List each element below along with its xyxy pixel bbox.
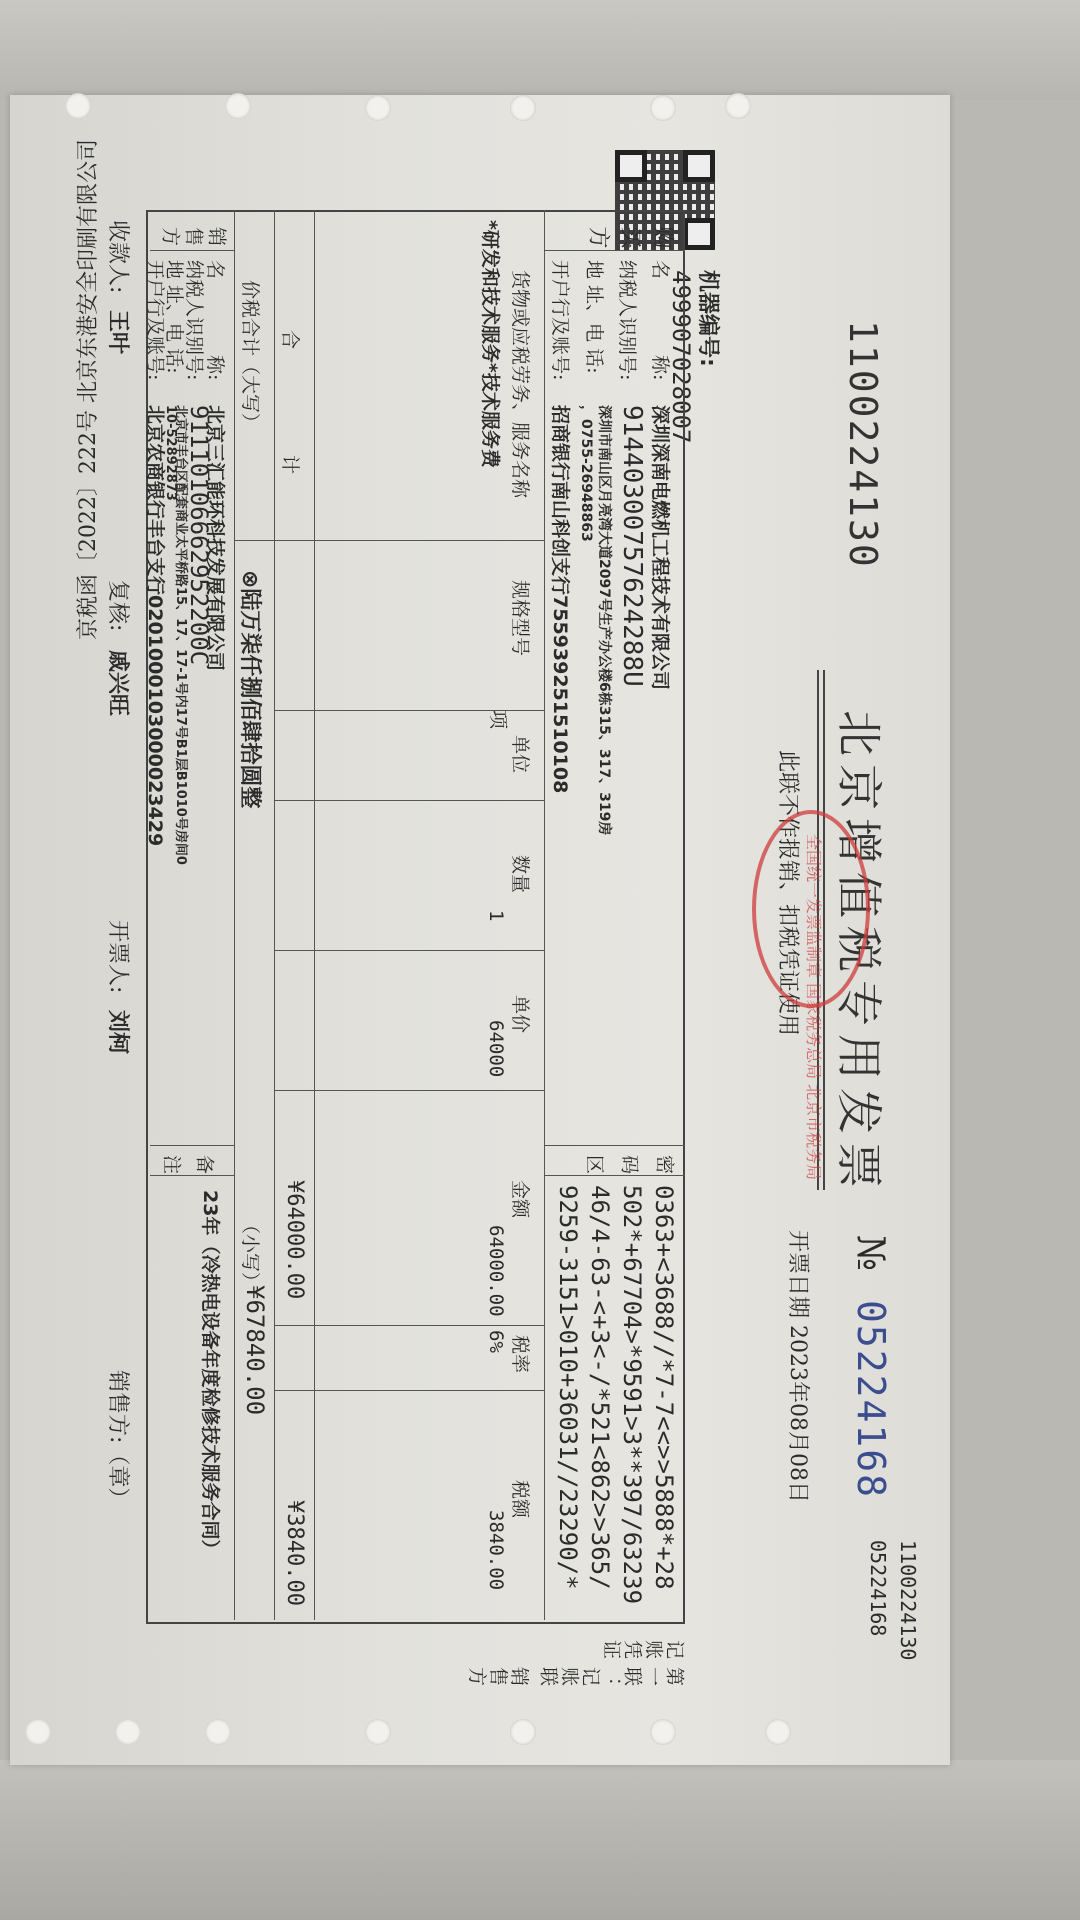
buyer-tax-id-label: 纳税人识别号: — [615, 260, 642, 380]
item-tax: 3840.00 — [485, 1510, 507, 1590]
divider — [275, 800, 545, 801]
seller-seal-label: 销售方:（章） — [104, 1370, 135, 1509]
issuer: 刘柯 — [104, 1010, 135, 1054]
invoice-code: 1100224130 — [841, 320, 885, 569]
buyer-tax-id: 91440300757624288U — [617, 405, 647, 687]
reviewer: 戚兴旺 — [104, 650, 135, 716]
background-top — [0, 0, 1080, 100]
machine-no-label: 机器编号: — [694, 270, 725, 367]
qr-finder — [615, 150, 647, 182]
divider — [275, 540, 545, 541]
remarks-label: 备注 — [149, 1150, 215, 1177]
item-amount: 64000.00 — [485, 1225, 507, 1317]
divider — [545, 1145, 685, 1146]
divider — [150, 250, 235, 251]
grand-total-uppercase: ⊗陆万柒仟捌佰肆拾圆整 — [236, 570, 267, 808]
grand-total-label: 价税合计（大写） — [238, 280, 265, 432]
seller-bank-label: 开户行及账号: — [143, 260, 170, 380]
buyer-name-label: 名 称: — [648, 260, 675, 380]
item-price: 64000 — [485, 1020, 507, 1077]
header-price: 单价 — [508, 995, 535, 1033]
total-amount: ¥64000.00 — [282, 1180, 307, 1299]
buyer-name: 深圳深南电燃机工程技术有限公司 — [648, 405, 675, 690]
invoice-code-right: 1100224130 — [896, 1540, 920, 1660]
background-bottom — [0, 1760, 1080, 1920]
divider — [314, 210, 315, 1620]
header-spec: 规格型号 — [508, 580, 535, 656]
issuer-label: 开票人: — [104, 920, 135, 993]
divider — [150, 1145, 235, 1146]
divider — [274, 210, 275, 1620]
item-qty: 1 — [485, 910, 507, 921]
seller-bank: 北京农商银行丰台支行0201000103000023429 — [143, 405, 170, 846]
divider — [544, 210, 545, 1620]
item-name: *研发和技术服务*技术服务费 — [478, 220, 505, 468]
buyer-side-label: 购买方 — [579, 220, 675, 251]
copy-label: 第一联：记账联 销售方记账凭证 — [465, 1635, 685, 1689]
divider — [275, 1090, 545, 1091]
payee-label: 收款人: — [104, 220, 135, 293]
header-unit: 单位 — [508, 735, 535, 773]
reviewer-label: 复核: — [104, 580, 135, 631]
invoice-content: 1100224130 北京增值税专用发票 此联不作报销、扣税凭证使用 № 052… — [45, 110, 975, 1760]
buyer-phone: ，0755-26948863 — [577, 405, 597, 542]
payee: 王叶 — [104, 310, 135, 354]
cipher-line: 0363+<3688//*7-7<<>>5888*+28 — [648, 1185, 680, 1590]
divider — [275, 1325, 545, 1326]
total-tax: ¥3840.00 — [282, 1500, 307, 1606]
seller-side-label: 销售方 — [158, 222, 227, 249]
divider — [235, 540, 275, 541]
printer-note: 京税函〔2022〕222号 北京东港安全印刷有限公司 — [71, 139, 102, 640]
number-symbol: № — [849, 1235, 893, 1271]
buyer-address-label: 地 址、电 话: — [582, 260, 609, 373]
divider — [234, 210, 235, 1620]
header-tax: 税额 — [508, 1480, 535, 1518]
invoice-number-right: 05224168 — [866, 1540, 890, 1636]
item-unit: 项 — [486, 710, 513, 729]
header-qty: 数量 — [508, 855, 535, 893]
buyer-address: 深圳市南山区月亮湾大道2097号生产办公楼6栋315、317、319房 — [595, 405, 615, 835]
grand-total-small: ¥67840.00 — [241, 1285, 269, 1415]
divider — [275, 1390, 545, 1391]
date-label: 开票日期 — [784, 1230, 815, 1318]
invoice-date: 2023年08月08日 — [784, 1325, 815, 1503]
item-rate: 6% — [485, 1330, 507, 1353]
cipher-line: 9259-3151>010+36031//23290/* — [552, 1185, 584, 1590]
buyer-bank-label: 开户行及账号: — [548, 260, 575, 380]
official-stamp: 全国统一发票监制章 国家税务总局 北京市税务局 — [752, 810, 870, 1008]
header-item-name: 货物或应税劳务、服务名称 — [508, 270, 535, 498]
cipher-line: 46/4-63-<+3<-/*521<862>>365/ — [584, 1185, 616, 1590]
cipher-label: 密码区 — [570, 1150, 675, 1177]
divider — [275, 950, 545, 951]
grand-total-small-label: （小写） — [238, 1215, 265, 1291]
invoice-number: 05224168 — [849, 1300, 893, 1499]
header-amount: 金额 — [508, 1180, 535, 1218]
stamp-text: 全国统一发票监制章 国家税务总局 北京市税务局 — [803, 834, 826, 1180]
qr-finder — [683, 218, 715, 250]
total-label: 合 计 — [278, 330, 305, 480]
cipher-line: 502*+67704>*9591>3**397/63239 — [616, 1185, 648, 1604]
remarks-text: 23年（冷热电设备年度检修技术服务合同） — [198, 1190, 225, 1558]
qr-finder — [683, 150, 715, 182]
buyer-bank: 招商银行南山科创支行755939251510108 — [548, 405, 575, 793]
header-rate: 税率 — [508, 1335, 535, 1373]
